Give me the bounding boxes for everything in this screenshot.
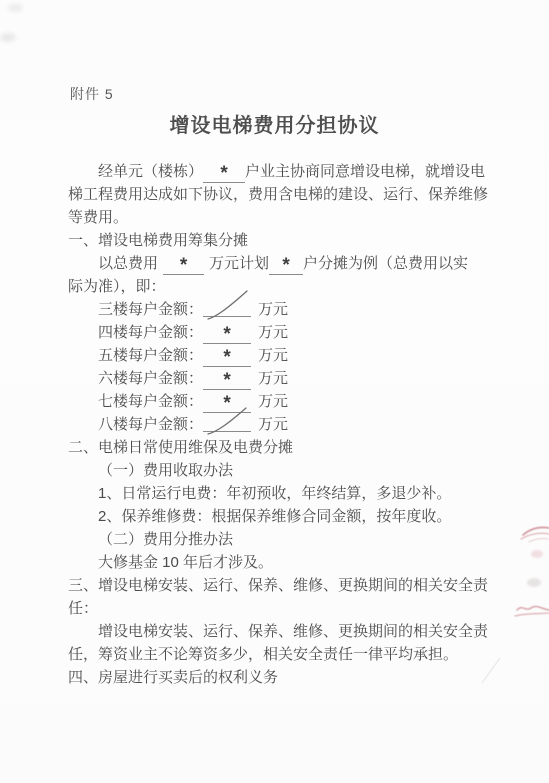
intro-line: 等费用。	[68, 206, 508, 229]
section2-item-2: 2、保养维修费：根据保养维修合同金额，按年度收。	[68, 505, 508, 528]
fee-row-floor-8: 八楼每户金额：万元	[68, 413, 508, 436]
cost-plan-text: 户分摊为例（总费用以实	[303, 255, 468, 272]
red-ink-smudge	[531, 550, 543, 558]
handwritten-slash-mark	[204, 291, 250, 321]
fee-row-floor-3: 三楼每户金额：万元	[68, 298, 508, 321]
fee-unit-label: 万元	[258, 416, 288, 433]
cost-plan-text: 万元计划	[209, 255, 269, 272]
asterisk-mark: *	[203, 167, 245, 181]
asterisk-mark: *	[269, 259, 303, 273]
fee-row-label: 五楼每户金额：	[98, 347, 203, 364]
fee-amount-blank: *	[203, 327, 251, 344]
scan-smudge-artifact	[8, 4, 23, 12]
document-title: 增设电梯费用分担协议	[0, 109, 549, 138]
cost-plan-line: 际为准），即：	[68, 275, 508, 298]
fee-row-floor-7: 七楼每户金额：*万元	[68, 390, 508, 413]
section4-heading: 四、房屋进行买卖后的权利义务	[68, 666, 508, 689]
fee-amount-blank: *	[203, 350, 251, 367]
asterisk-mark: *	[203, 328, 251, 342]
section1-heading: 一、增设电梯费用筹集分摊	[68, 229, 508, 252]
intro-line: 梯工程费用达成如下协议，费用含电梯的建设、运行、保养维修	[68, 183, 508, 206]
asterisk-mark: *	[203, 374, 251, 388]
cost-plan-text: 以总费用	[98, 255, 158, 272]
red-ink-stroke-mark	[514, 598, 549, 624]
fee-unit-label: 万元	[258, 370, 288, 387]
fee-row-label: 三楼每户金额：	[98, 301, 203, 318]
attachment-label: 附件 5	[70, 84, 114, 104]
fee-row-label: 八楼每户金额：	[98, 416, 203, 433]
handwritten-slash-mark	[204, 406, 250, 436]
section3-body: 增设电梯安装、运行、保养、维修、更换期间的相关安全责	[68, 620, 508, 643]
intro-text: 经单元（楼栋）	[98, 163, 203, 180]
scanned-document-page: 附件 5 增设电梯费用分担协议 经单元（楼栋）*户业主协商同意增设电梯，就增设电…	[0, 0, 549, 783]
intro-text: 户业主协商同意增设电梯，就增设电	[245, 163, 485, 180]
section3-heading: 任：	[68, 597, 508, 620]
asterisk-mark: *	[163, 259, 204, 273]
section2-item-1: 1、日常运行电费：年初预收，年终结算，多退少补。	[68, 482, 508, 505]
scan-smudge-artifact	[0, 33, 16, 42]
section3-body: 任，筹资业主不论筹资多少，相关安全责任一律平均承担。	[68, 643, 508, 666]
asterisk-mark: *	[203, 351, 251, 365]
fee-row-floor-6: 六楼每户金额：*万元	[68, 367, 508, 390]
intro-line: 经单元（楼栋）*户业主协商同意增设电梯，就增设电	[68, 160, 508, 183]
fee-unit-label: 万元	[258, 393, 288, 410]
faint-smudge	[527, 578, 541, 587]
fee-amount-blank: *	[203, 373, 251, 390]
fee-unit-label: 万元	[258, 301, 288, 318]
fee-row-floor-4: 四楼每户金额：*万元	[68, 321, 508, 344]
document-body: 经单元（楼栋）*户业主协商同意增设电梯，就增设电 梯工程费用达成如下协议，费用含…	[68, 160, 508, 689]
cost-plan-line: 以总费用*万元计划*户分摊为例（总费用以实	[68, 252, 508, 275]
fee-row-floor-5: 五楼每户金额：*万元	[68, 344, 508, 367]
section2-heading: 二、电梯日常使用维保及电费分摊	[68, 436, 508, 459]
fee-row-label: 四楼每户金额：	[98, 324, 203, 341]
fee-unit-label: 万元	[258, 324, 288, 341]
section2-note: 大修基金 10 年后才涉及。	[68, 551, 508, 574]
fee-amount-blank	[203, 415, 251, 432]
fee-amount-blank	[203, 300, 251, 317]
fee-row-label: 六楼每户金额：	[98, 370, 203, 387]
household-count-blank: *	[269, 258, 303, 275]
fee-row-label: 七楼每户金额：	[98, 393, 203, 410]
fee-unit-label: 万元	[258, 347, 288, 364]
section2-sub1-heading: （一）费用收取办法	[68, 459, 508, 482]
section3-heading: 三、增设电梯安装、运行、保养、维修、更换期间的相关安全责	[68, 574, 508, 597]
unit-households-blank: *	[203, 166, 245, 183]
red-ink-scribble-mark	[521, 521, 549, 551]
total-cost-blank: *	[163, 258, 204, 275]
section2-sub2-heading: （二）费用分推办法	[68, 528, 508, 551]
